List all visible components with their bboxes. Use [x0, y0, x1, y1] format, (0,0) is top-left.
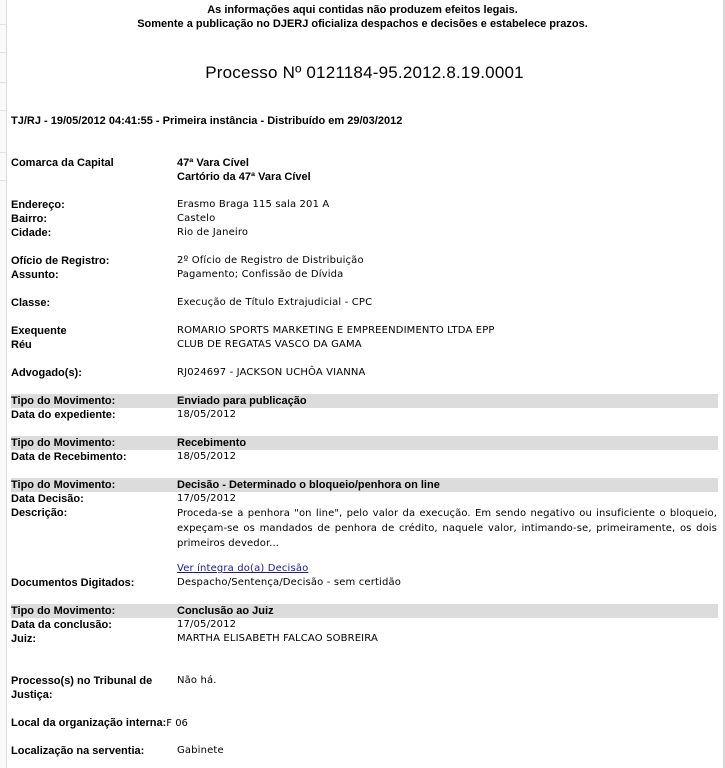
reu-row: Réu CLUB DE REGATAS VASCO DA GAMA — [11, 338, 718, 352]
tribunal-label: Processo(s) no Tribunal de — [11, 674, 152, 688]
tipo-movimento-label: Tipo do Movimento: — [11, 436, 115, 450]
page-title: Processo Nº 0121184-95.2012.8.19.0001 — [0, 63, 725, 83]
cidade-value: Rio de Janeiro — [177, 226, 248, 240]
movimento-date-row: Data da conclusão: 17/05/2012 — [11, 618, 718, 632]
juiz-value: MARTHA ELISABETH FALCAO SOBREIRA — [177, 632, 378, 646]
local-org-label-text: Local da organização interna: — [11, 717, 166, 729]
local-org-row: Local da organização interna:F 06 — [11, 716, 718, 730]
movimento-date-row: Data do expediente: 18/05/2012 — [11, 408, 718, 422]
tipo-movimento-value: Enviado para publicação — [177, 394, 307, 408]
legal-notice-line-2: Somente a publicação no DJERJ oficializa… — [0, 18, 725, 30]
tribunal-value: Não há. — [177, 674, 217, 688]
endereco-label: Endereço: — [11, 198, 65, 212]
classe-row: Classe: Execução de Título Extrajudicial… — [11, 296, 718, 310]
juiz-label: Juiz: — [11, 632, 36, 646]
classe-value: Execução de Título Extrajudicial - CPC — [177, 296, 372, 310]
oficio-label: Ofício de Registro: — [11, 254, 109, 268]
data-decisao-value: 17/05/2012 — [177, 492, 236, 506]
tribunal-label-cont: Justiça: — [11, 688, 53, 702]
assunto-label: Assunto: — [11, 268, 59, 282]
left-frame-edge — [0, 0, 7, 768]
tipo-movimento-label: Tipo do Movimento: — [11, 394, 115, 408]
movimento-date-row: Data de Recebimento: 18/05/2012 — [11, 450, 718, 464]
endereco-value: Erasmo Braga 115 sala 201 A — [177, 198, 329, 212]
tribunal-row: Processo(s) no Tribunal de Não há. — [11, 674, 718, 688]
frame-divider — [0, 52, 6, 53]
documentos-row: Documentos Digitados: Despacho/Sentença/… — [11, 576, 718, 590]
comarca-row: Comarca da Capital 47ª Vara Cível — [11, 156, 718, 170]
movimento-header: Tipo do Movimento: Recebimento — [11, 436, 718, 450]
data-expediente-label: Data do expediente: — [11, 408, 116, 422]
frame-divider — [0, 180, 6, 181]
exequente-label: Exequente — [11, 324, 67, 338]
oficio-row: Ofício de Registro: 2º Ofício de Registr… — [11, 254, 718, 268]
juiz-row: Juiz: MARTHA ELISABETH FALCAO SOBREIRA — [11, 632, 718, 646]
advogado-row: Advogado(s): RJ024697 - JACKSON UCHÔA VI… — [11, 366, 718, 380]
frame-divider — [0, 152, 6, 153]
bairro-label: Bairro: — [11, 212, 47, 226]
data-expediente-value: 18/05/2012 — [177, 408, 236, 422]
oficio-value: 2º Ofício de Registro de Distribuição — [177, 254, 364, 268]
data-decisao-label: Data Decisão: — [11, 492, 84, 506]
comarca-label: Comarca da Capital — [11, 156, 114, 170]
localizacao-row: Localização na serventia: Gabinete — [11, 744, 718, 758]
local-org-label: Local da organização interna:F 06 — [11, 716, 188, 731]
localizacao-value: Gabinete — [177, 744, 224, 758]
documentos-label: Documentos Digitados: — [11, 576, 134, 590]
tipo-movimento-label: Tipo do Movimento: — [11, 604, 115, 618]
tribunal-row-2: Justiça: — [11, 688, 718, 702]
documentos-value: Despacho/Sentença/Decisão - sem certidão — [177, 576, 401, 590]
descricao-label: Descrição: — [11, 506, 67, 520]
cidade-label: Cidade: — [11, 226, 51, 240]
bairro-value: Castelo — [177, 212, 215, 226]
tipo-movimento-label: Tipo do Movimento: — [11, 478, 115, 492]
descricao-text: Proceda-se a penhora "on line", pelo val… — [177, 506, 717, 551]
advogado-label: Advogado(s): — [11, 366, 82, 380]
tipo-movimento-value: Conclusão ao Juiz — [177, 604, 274, 618]
movimento-header: Tipo do Movimento: Decisão - Determinado… — [11, 478, 718, 492]
assunto-row: Assunto: Pagamento; Confissão de Dívida — [11, 268, 718, 282]
exequente-row: Exequente ROMARIO SPORTS MARKETING E EMP… — [11, 324, 718, 338]
reu-label: Réu — [11, 338, 32, 352]
endereco-row: Endereço: Erasmo Braga 115 sala 201 A — [11, 198, 718, 212]
exequente-value: ROMARIO SPORTS MARKETING E EMPREENDIMENT… — [177, 324, 495, 338]
data-recebimento-label: Data de Recebimento: — [11, 450, 127, 464]
movimento-date-row: Data Decisão: 17/05/2012 — [11, 492, 718, 506]
comarca-cartorio: Cartório da 47ª Vara Cível — [177, 170, 311, 184]
bairro-row: Bairro: Castelo — [11, 212, 718, 226]
tipo-movimento-value: Recebimento — [177, 436, 246, 450]
advogado-value: RJ024697 - JACKSON UCHÔA VIANNA — [177, 366, 366, 380]
integra-link-row: Ver íntegra do(a) Decisão — [11, 562, 718, 576]
data-conclusao-label: Data da conclusão: — [11, 618, 112, 632]
localizacao-label: Localização na serventia: — [11, 744, 144, 758]
cidade-row: Cidade: Rio de Janeiro — [11, 226, 718, 240]
reu-value: CLUB DE REGATAS VASCO DA GAMA — [177, 338, 362, 352]
process-meta: TJ/RJ - 19/05/2012 04:41:55 - Primeira i… — [11, 115, 402, 127]
assunto-value: Pagamento; Confissão de Dívida — [177, 268, 343, 282]
local-org-value: F 06 — [166, 718, 188, 729]
movimento-header: Tipo do Movimento: Conclusão ao Juiz — [11, 604, 718, 618]
legal-notice-line-1: As informações aqui contidas não produze… — [0, 4, 725, 16]
movimento-header: Tipo do Movimento: Enviado para publicaç… — [11, 394, 718, 408]
comarca-vara: 47ª Vara Cível — [177, 156, 249, 170]
ver-integra-link[interactable]: Ver íntegra do(a) Decisão — [177, 562, 308, 576]
data-recebimento-value: 18/05/2012 — [177, 450, 236, 464]
tipo-movimento-value: Decisão - Determinado o bloqueio/penhora… — [177, 478, 440, 492]
frame-divider — [0, 110, 6, 111]
classe-label: Classe: — [11, 296, 50, 310]
cartorio-row: Cartório da 47ª Vara Cível — [11, 170, 718, 184]
data-conclusao-value: 17/05/2012 — [177, 618, 236, 632]
